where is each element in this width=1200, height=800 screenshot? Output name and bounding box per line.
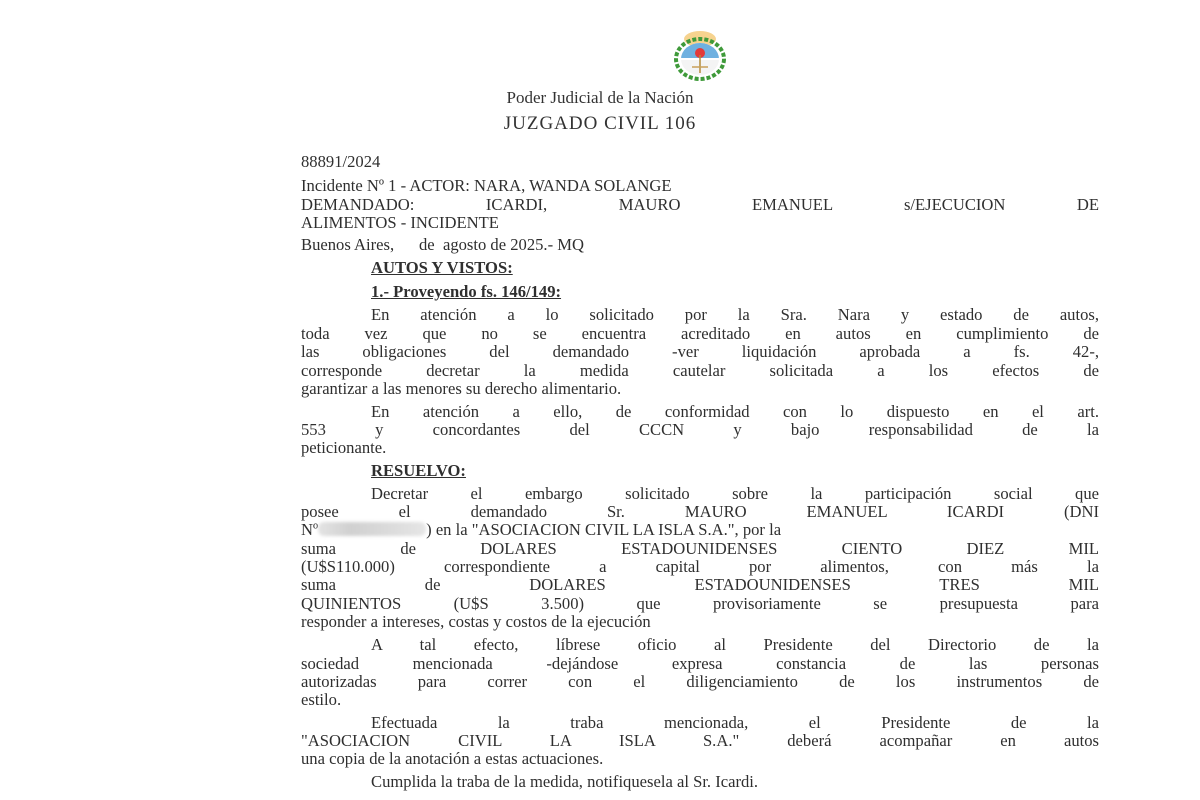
paragraph-line: Decretar el embargo solicitado sobre la … <box>371 484 1099 504</box>
paragraph-line: Efectuada la traba mencionada, el Presid… <box>371 713 1099 733</box>
paragraph-line: posee el demandado Sr. MAURO EMANUEL ICA… <box>301 502 1099 522</box>
paragraph-line: responder a intereses, costas y costos d… <box>301 612 1099 632</box>
paragraph-line: "ASOCIACION CIVIL LA ISLA S.A." deberá a… <box>301 731 1099 751</box>
paragraph-line: garantizar a las menores su derecho alim… <box>301 379 1099 399</box>
date-line: Buenos Aires, de agosto de 2025.- MQ <box>301 235 1099 255</box>
paragraph-line: sociedad mencionada -dejándose expresa c… <box>301 654 1099 674</box>
section-heading-autos-y-vistos: AUTOS Y VISTOS: <box>371 258 1099 278</box>
paragraph-line: En atención a ello, de conformidad con l… <box>371 402 1099 422</box>
paragraph-line: toda vez que no se encuentra acreditado … <box>301 324 1099 344</box>
case-number: 88891/2024 <box>301 152 1099 172</box>
institution-title: Poder Judicial de la Nación <box>0 88 1200 108</box>
paragraph-line: QUINIENTOS (U$S 3.500) que provisoriamen… <box>301 594 1099 614</box>
paragraph-line: suma de DOLARES ESTADOUNIDENSES CIENTO D… <box>301 539 1099 559</box>
court-document-page: Poder Judicial de la Nación JUZGADO CIVI… <box>0 0 1200 800</box>
case-caption-line: ALIMENTOS - INCIDENTE <box>301 213 1099 233</box>
paragraph-line: 553 y concordantes del CCCN y bajo respo… <box>301 420 1099 440</box>
paragraph-line: corresponde decretar la medida cautelar … <box>301 361 1099 381</box>
paragraph-line: suma de DOLARES ESTADOUNIDENSES TRES MIL <box>301 575 1099 595</box>
court-title: JUZGADO CIVIL 106 <box>0 113 1200 135</box>
paragraph-line: las obligaciones del demandado -ver liqu… <box>301 342 1099 362</box>
redacted-dni <box>318 522 426 536</box>
paragraph-line: A tal efecto, líbrese oficio al Presiden… <box>371 635 1099 655</box>
paragraph-line: En atención a lo solicitado por la Sra. … <box>371 305 1099 325</box>
case-caption-line: DEMANDADO: ICARDI, MAURO EMANUEL s/EJECU… <box>301 195 1099 215</box>
dni-prefix: Nº <box>301 520 318 539</box>
paragraph-line: peticionante. <box>301 438 1099 458</box>
section-heading-proveyendo: 1.- Proveyendo fs. 146/149: <box>371 282 1099 302</box>
paragraph-line: una copia de la anotación a estas actuac… <box>301 749 1099 769</box>
paragraph-line: (U$S110.000) correspondiente a capital p… <box>301 557 1099 577</box>
paragraph-line: autorizadas para correr con el diligenci… <box>301 672 1099 692</box>
paragraph-line: Cumplida la traba de la medida, notifiqu… <box>371 772 1099 792</box>
case-caption-line: Incidente Nº 1 - ACTOR: NARA, WANDA SOLA… <box>301 176 1099 196</box>
dni-suffix: ) en la "ASOCIACION CIVIL LA ISLA S.A.",… <box>426 520 781 539</box>
section-heading-resuelvo: RESUELVO: <box>371 461 1099 481</box>
paragraph-line: estilo. <box>301 690 1099 710</box>
argentine-coat-of-arms-icon <box>664 29 736 83</box>
paragraph-line-dni: Nº) en la "ASOCIACION CIVIL LA ISLA S.A.… <box>301 520 1099 540</box>
